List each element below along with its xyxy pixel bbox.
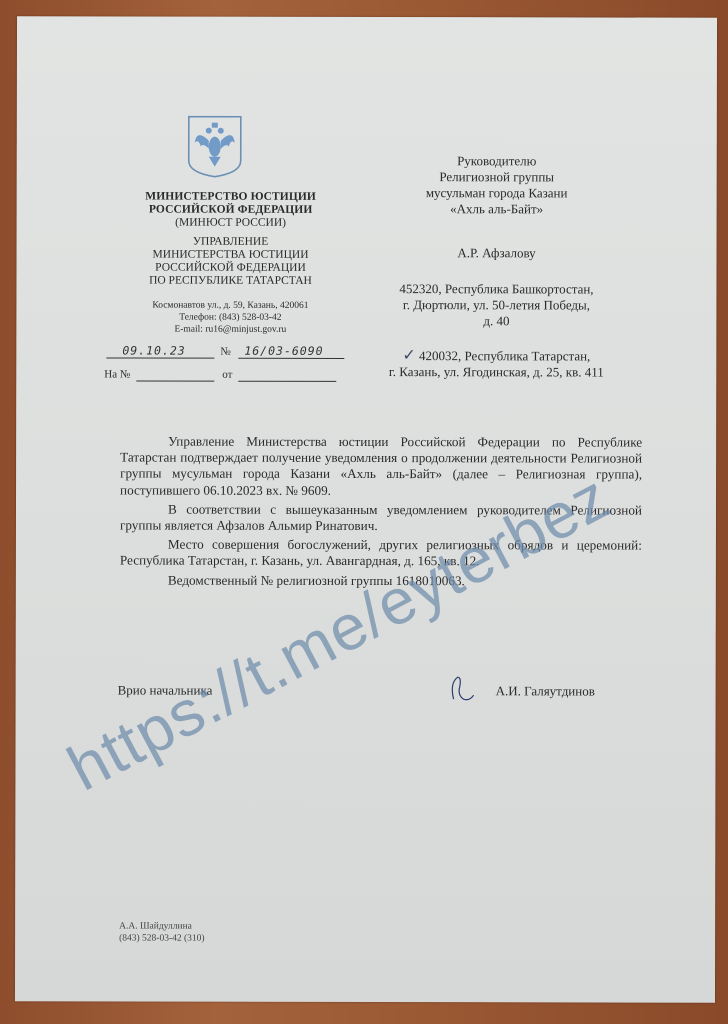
- ministry-short-name: (МИНЮСТ РОССИИ): [101, 216, 361, 230]
- address-line: г. Дюртюли, ул. 50-летия Победы,: [346, 297, 646, 314]
- checkmark-icon: ✓: [402, 347, 415, 364]
- department-phone: Телефон: (843) 528-03-42: [100, 311, 360, 324]
- registration-line: 09.10.23 № 16/03-6090: [104, 342, 344, 359]
- recipient-line: мусульман города Казани: [347, 185, 647, 202]
- department-line: УПРАВЛЕНИЕ: [101, 235, 361, 249]
- recipient-address-2: ✓ 420032, Республика Татарстан, г. Казан…: [346, 348, 646, 381]
- department-email: E-mail: ru16@minjust.gov.ru: [100, 323, 360, 336]
- reply-to-label: На №: [104, 368, 130, 380]
- ministry-name: МИНИСТЕРСТВО ЮСТИЦИИ РОССИЙСКОЙ ФЕДЕРАЦИ…: [101, 190, 361, 217]
- recipient-line: Религиозной группы: [347, 169, 647, 186]
- address-line: г. Казань, ул. Ягодинская, д. 25, кв. 41…: [346, 364, 646, 381]
- recipient-line: «Ахль аль-Байт»: [347, 201, 647, 218]
- address-line: д. 40: [346, 313, 646, 330]
- department-line: МИНИСТЕРСТВА ЮСТИЦИИ: [101, 248, 361, 262]
- executor-info: А.А. Шайдуллина (843) 528-03-42 (310): [119, 920, 205, 944]
- registration-date: 09.10.23: [122, 343, 185, 357]
- recipient-name: А.Р. Афзалову: [347, 245, 647, 262]
- registration-number: 16/03-6090: [244, 344, 323, 358]
- reply-number-blank: [136, 381, 214, 382]
- coat-of-arms-icon: [187, 115, 243, 179]
- from-label: от: [222, 369, 232, 381]
- department-line: ПО РЕСПУБЛИКЕ ТАТАРСТАН: [100, 274, 360, 288]
- ministry-line: РОССИЙСКОЙ ФЕДЕРАЦИИ: [101, 203, 361, 217]
- reply-date-blank: [238, 381, 336, 382]
- executor-name: А.А. Шайдуллина: [119, 920, 205, 932]
- number-underline: [238, 358, 344, 359]
- number-label: №: [220, 346, 231, 358]
- reply-reference-line: На № от: [104, 365, 344, 382]
- recipient-title: Руководителю Религиозной группы мусульма…: [347, 153, 647, 218]
- signatory-name: А.И. Галяутдинов: [496, 683, 595, 699]
- department-name: УПРАВЛЕНИЕ МИНИСТЕРСТВА ЮСТИЦИИ РОССИЙСК…: [100, 235, 360, 288]
- department-address: Космонавтов ул., д. 59, Казань, 420061: [100, 299, 360, 312]
- executor-phone: (843) 528-03-42 (310): [119, 932, 205, 944]
- ministry-line: МИНИСТЕРСТВО ЮСТИЦИИ: [101, 190, 361, 204]
- recipient-line: Руководителю: [347, 153, 647, 170]
- address-line: 420032, Республика Татарстан,: [419, 348, 590, 363]
- date-underline: [106, 357, 214, 358]
- department-line: РОССИЙСКОЙ ФЕДЕРАЦИИ: [100, 261, 360, 275]
- department-contacts: Космонавтов ул., д. 59, Казань, 420061 Т…: [100, 299, 360, 336]
- letter-page: МИНИСТЕРСТВО ЮСТИЦИИ РОССИЙСКОЙ ФЕДЕРАЦИ…: [15, 16, 717, 1002]
- recipient-address-1: 452320, Республика Башкортостан, г. Дюрт…: [346, 281, 646, 330]
- handwritten-signature-icon: [448, 673, 478, 703]
- address-line: 452320, Республика Башкортостан,: [346, 281, 646, 298]
